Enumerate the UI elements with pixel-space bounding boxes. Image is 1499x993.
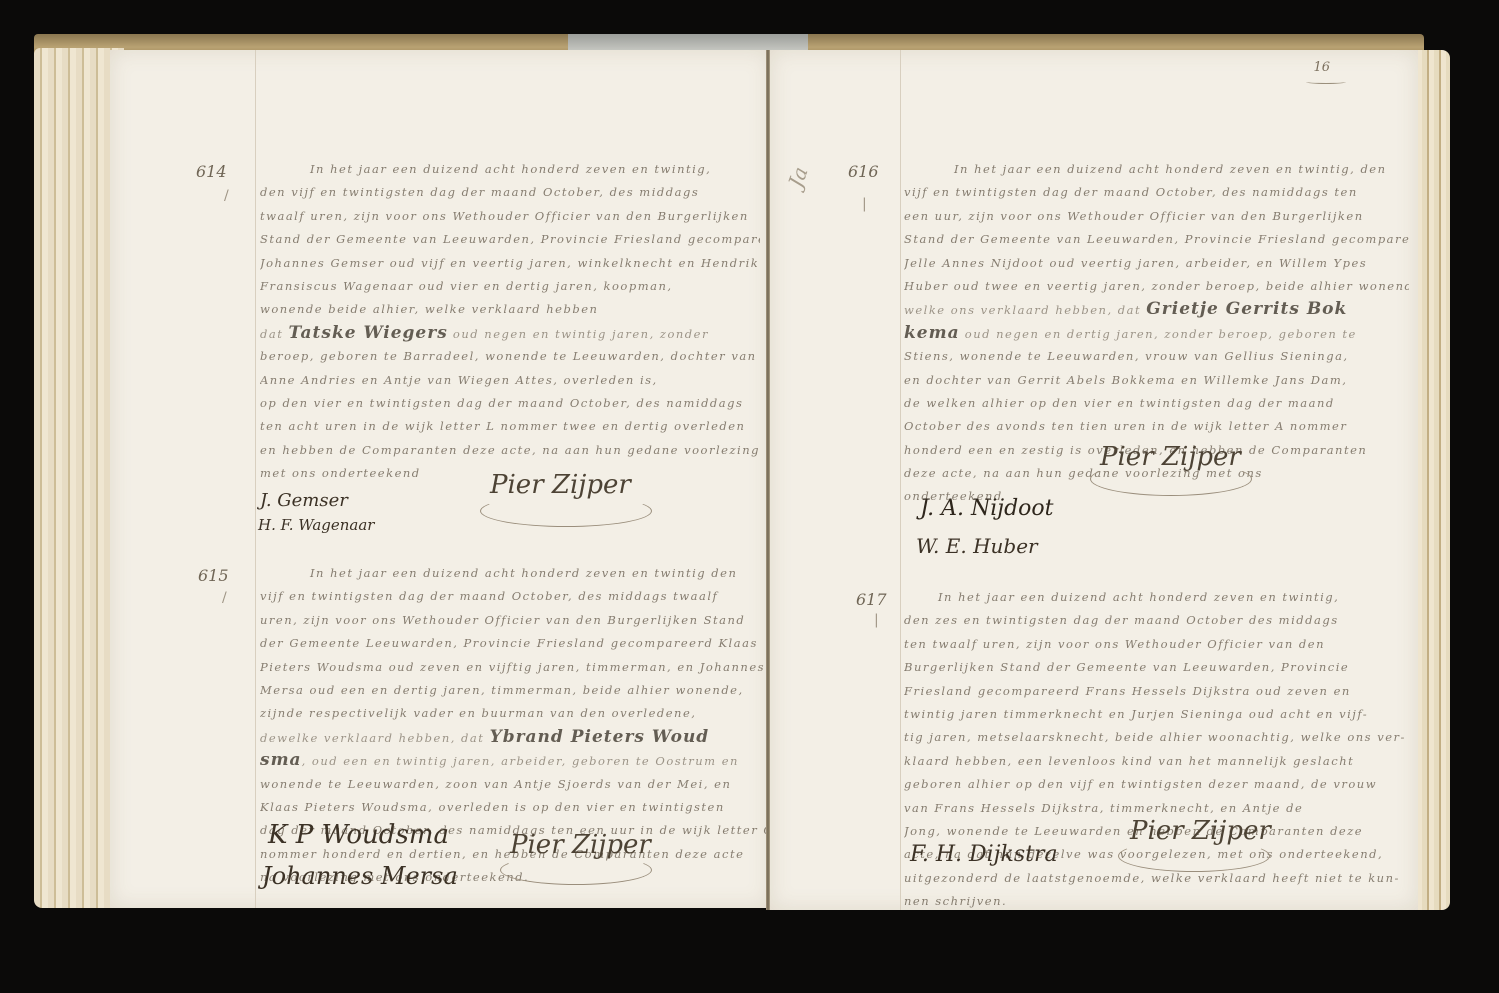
- text-line: den vijf en twintigsten dag der maand Oc…: [260, 181, 760, 204]
- text-line: Stand der Gemeente van Leeuwarden, Provi…: [904, 228, 1409, 251]
- text-line: uitgezonderd de laatstgenoemde, welke ve…: [904, 867, 1409, 890]
- text-line: wonende beide alhier, welke verklaard he…: [260, 298, 760, 321]
- text-line: vijf en twintigsten dag der maand Octobe…: [260, 585, 770, 608]
- text-line: uren, zijn voor ons Wethouder Officier v…: [260, 609, 770, 632]
- act-tick: |: [862, 196, 867, 212]
- witness-signature: F. H. Dijkstra: [910, 842, 1058, 867]
- text-line: geboren alhier op den vijf en twintigste…: [904, 773, 1409, 796]
- text-line: In het jaar een duizend acht honderd zev…: [904, 158, 1409, 181]
- margin-rule: [255, 50, 256, 908]
- text-line: de welken alhier op den vier en twintigs…: [904, 392, 1409, 415]
- text-line: Johannes Gemser oud vijf en veertig jare…: [260, 252, 760, 275]
- text-line: en hebben de Comparanten deze acte, na a…: [260, 439, 760, 462]
- act-text-614: In het jaar een duizend acht honderd zev…: [260, 158, 760, 485]
- page-number: 16: [1313, 60, 1330, 75]
- text-line: Pieters Woudsma oud zeven en vijftig jar…: [260, 656, 770, 679]
- text-line: Huber oud twee en veertig jaren, zonder …: [904, 275, 1409, 298]
- text-line: Burgerlijken Stand der Gemeente van Leeu…: [904, 656, 1409, 679]
- text-line: der Gemeente Leeuwarden, Provincie Fries…: [260, 632, 770, 655]
- witness-signature: K P Woudsma: [268, 820, 449, 850]
- witness-signature: J. A. Nijdoot: [920, 496, 1054, 521]
- act-tick: |: [874, 612, 879, 628]
- text-line: Klaas Pieters Woudsma, overleden is op d…: [260, 796, 770, 819]
- deceased-name-cont: kema: [904, 323, 960, 343]
- act-number: 615: [198, 566, 229, 585]
- text-line: op den vier en twintigsten dag der maand…: [260, 392, 760, 415]
- right-page: 16 Ja 616 | In het jaar een duizend acht…: [770, 50, 1418, 910]
- deceased-name: Ybrand Pieters Woud: [490, 727, 710, 747]
- text-line: een uur, zijn voor ons Wethouder Officie…: [904, 205, 1409, 228]
- text-line: den zes en twintigsten dag der maand Oct…: [904, 609, 1409, 632]
- signature-flourish: [480, 495, 652, 527]
- deceased-name-cont: sma: [260, 750, 302, 770]
- text-line: In het jaar een duizend acht honderd zev…: [904, 586, 1409, 609]
- text-line: vijf en twintigsten dag der maand Octobe…: [904, 181, 1409, 204]
- text-line: tig jaren, metselaarsknecht, beide alhie…: [904, 726, 1409, 749]
- text-line: Mersa oud een en dertig jaren, timmerman…: [260, 679, 770, 702]
- signature-flourish: [1118, 840, 1270, 872]
- text-line: ten acht uren in de wijk letter L nommer…: [260, 415, 760, 438]
- act-tick: /: [222, 590, 227, 606]
- text-line: wonende te Leeuwarden, zoon van Antje Sj…: [260, 773, 770, 796]
- text-line: Fransiscus Wagenaar oud vier en dertig j…: [260, 275, 760, 298]
- text-line: nen schrijven.: [904, 890, 1409, 913]
- text-line: zijnde respectivelijk vader en buurman v…: [260, 702, 770, 725]
- deceased-name: Tatske Wiegers: [289, 323, 448, 343]
- witness-signature: H. F. Wagenaar: [258, 516, 374, 534]
- act-tick: /: [224, 188, 229, 204]
- margin-annotation: Ja: [783, 164, 812, 191]
- margin-rule: [900, 50, 901, 910]
- text-line: Anne Andries en Antje van Wiegen Attes, …: [260, 369, 760, 392]
- signature-flourish: [500, 855, 652, 885]
- text-line: Stand der Gemeente van Leeuwarden, Provi…: [260, 228, 760, 251]
- deceased-name: Grietje Gerrits Bok: [1146, 299, 1347, 319]
- text-line: ten twaalf uren, zijn voor ons Wethouder…: [904, 633, 1409, 656]
- text-line: klaard hebben, een levenloos kind van he…: [904, 750, 1409, 773]
- text-line: Jelle Annes Nijdoot oud veertig jaren, a…: [904, 252, 1409, 275]
- text-line: en dochter van Gerrit Abels Bokkema en W…: [904, 369, 1409, 392]
- signature-flourish: [1090, 462, 1252, 496]
- text-line: In het jaar een duizend acht honderd zev…: [260, 158, 760, 181]
- act-number: 616: [848, 162, 879, 181]
- left-page: 614 / In het jaar een duizend acht honde…: [110, 50, 770, 908]
- text-line: twaalf uren, zijn voor ons Wethouder Off…: [260, 205, 760, 228]
- text-line: October des avonds ten tien uren in de w…: [904, 415, 1409, 438]
- act-number: 617: [856, 590, 887, 609]
- text-line: Stiens, wonende te Leeuwarden, vrouw van…: [904, 345, 1409, 368]
- witness-signature: Johannes Mersa: [262, 862, 458, 890]
- page-number-underline: [1306, 80, 1346, 84]
- witness-signature: W. E. Huber: [916, 534, 1038, 558]
- text-line: In het jaar een duizend acht honderd zev…: [260, 562, 770, 585]
- witness-signature: J. Gemser: [260, 490, 348, 511]
- text-line: beroep, geboren te Barradeel, wonende te…: [260, 345, 760, 368]
- text-line: Friesland gecompareerd Frans Hessels Dij…: [904, 680, 1409, 703]
- text-line: twintig jaren timmerknecht en Jurjen Sie…: [904, 703, 1409, 726]
- act-number: 614: [196, 162, 227, 181]
